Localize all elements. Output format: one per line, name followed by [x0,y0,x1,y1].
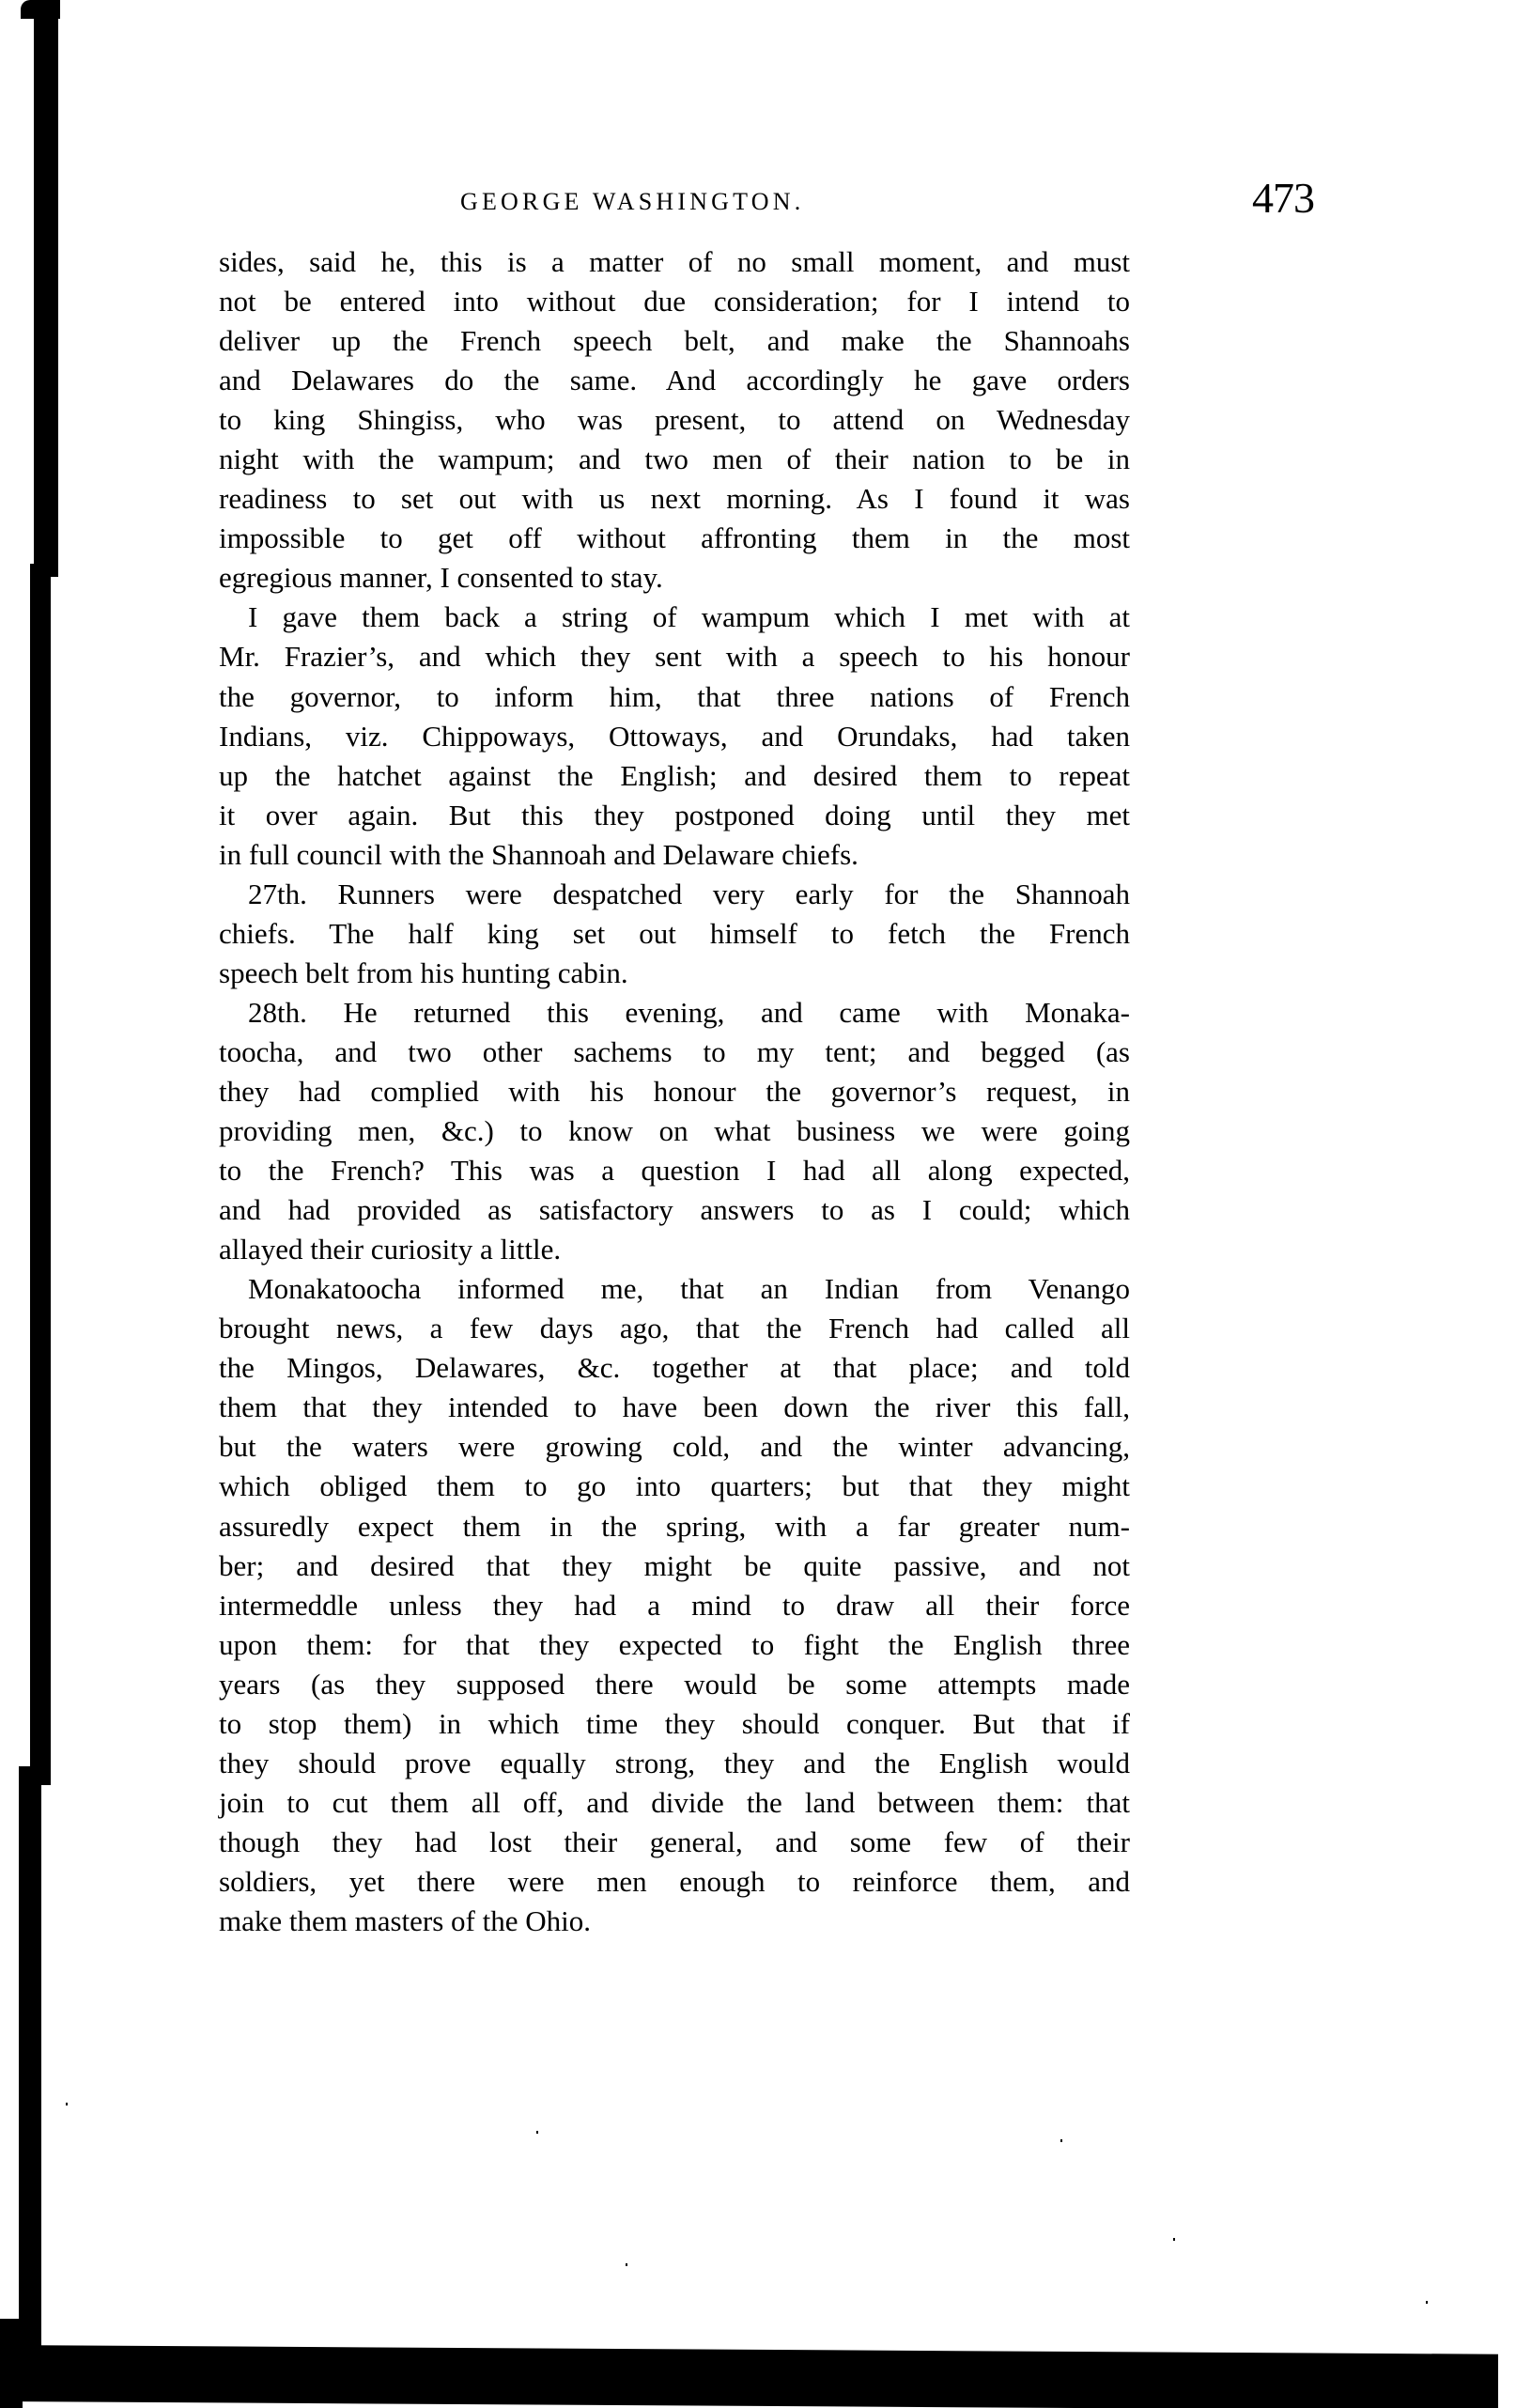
paragraph: Monakatoocha informed me, that an Indian… [219,1269,1130,1941]
text-line: they should prove equally strong, they a… [219,1744,1130,1783]
text-line: not be entered into without due consider… [219,282,1130,321]
text-line: the Mingos, Delawares, &c. together at t… [219,1348,1130,1388]
text-line: them that they intended to have been dow… [219,1388,1130,1427]
text-line: providing men, &c.) to know on what busi… [219,1111,1130,1151]
text-line: but the waters were growing cold, and th… [219,1427,1130,1467]
text-line: in full council with the Shannoah and De… [219,835,1130,875]
text-line: speech belt from his hunting cabin. [219,954,1130,993]
body-text: sides, said he, this is a matter of no s… [219,242,1130,1941]
text-line: readiness to set out with us next mornin… [219,479,1130,519]
paragraph: 27th. Runners were despatched very early… [219,875,1130,993]
text-line: assuredly expect them in the spring, wit… [219,1507,1130,1546]
text-line: to stop them) in which time they should … [219,1704,1130,1744]
text-line: up the hatchet against the English; and … [219,756,1130,796]
scan-fleck [536,2131,538,2134]
text-line: Monakatoocha informed me, that an Indian… [219,1269,1130,1309]
scan-fleck [1173,2238,1175,2241]
scan-fleck [1060,2139,1062,2142]
text-line: chiefs. The half king set out himself to… [219,914,1130,954]
text-line: and had provided as satisfactory answers… [219,1190,1130,1230]
text-line: and Delawares do the same. And according… [219,361,1130,400]
scan-binding-edge-left [30,564,51,1785]
text-line: to king Shingiss, who was present, to at… [219,400,1130,440]
scan-binding-edge-left [19,1766,41,2349]
text-line: egregious manner, I consented to stay. [219,558,1130,598]
text-line: 27th. Runners were despatched very early… [219,875,1130,914]
text-line: 28th. He returned this evening, and came… [219,993,1130,1033]
text-line: brought news, a few days ago, that the F… [219,1309,1130,1348]
text-line: which obliged them to go into quarters; … [219,1467,1130,1506]
paragraph: 28th. He returned this evening, and came… [219,993,1130,1269]
scan-fleck [1426,2301,1428,2304]
text-line: years (as they supposed there would be s… [219,1665,1130,1704]
text-line: upon them: for that they expected to fig… [219,1625,1130,1665]
text-line: make them masters of the Ohio. [219,1902,1130,1941]
text-line: allayed their curiosity a little. [219,1230,1130,1269]
scan-fleck [66,2103,68,2105]
text-line: they had complied with his honour the go… [219,1072,1130,1111]
text-line: Indians, viz. Chippoways, Ottoways, and … [219,717,1130,756]
text-line: though they had lost their general, and … [219,1823,1130,1862]
scan-edge-bottom [0,2345,1498,2408]
scan-fleck [626,2263,627,2266]
text-line: the governor, to inform him, that three … [219,677,1130,717]
scan-binding-edge-left [34,13,58,577]
text-line: soldiers, yet there were men enough to r… [219,1862,1130,1902]
text-line: sides, said he, this is a matter of no s… [219,242,1130,282]
page-number: 473 [1252,175,1314,222]
text-line: ber; and desired that they might be quit… [219,1546,1130,1586]
running-head: GEORGE WASHINGTON. [460,188,902,216]
text-line: it over again. But this they postponed d… [219,796,1130,835]
text-line: toocha, and two other sachems to my tent… [219,1033,1130,1072]
text-line: night with the wampum; and two men of th… [219,440,1130,479]
text-line: deliver up the French speech belt, and m… [219,321,1130,361]
text-line: Mr. Frazier’s, and which they sent with … [219,637,1130,676]
paragraph: I gave them back a string of wampum whic… [219,598,1130,874]
text-line: intermeddle unless they had a mind to dr… [219,1586,1130,1625]
paragraph: sides, said he, this is a matter of no s… [219,242,1130,598]
text-line: to the French? This was a question I had… [219,1151,1130,1190]
text-line: join to cut them all off, and divide the… [219,1783,1130,1823]
text-line: I gave them back a string of wampum whic… [219,598,1130,637]
text-line: impossible to get off without affronting… [219,519,1130,558]
